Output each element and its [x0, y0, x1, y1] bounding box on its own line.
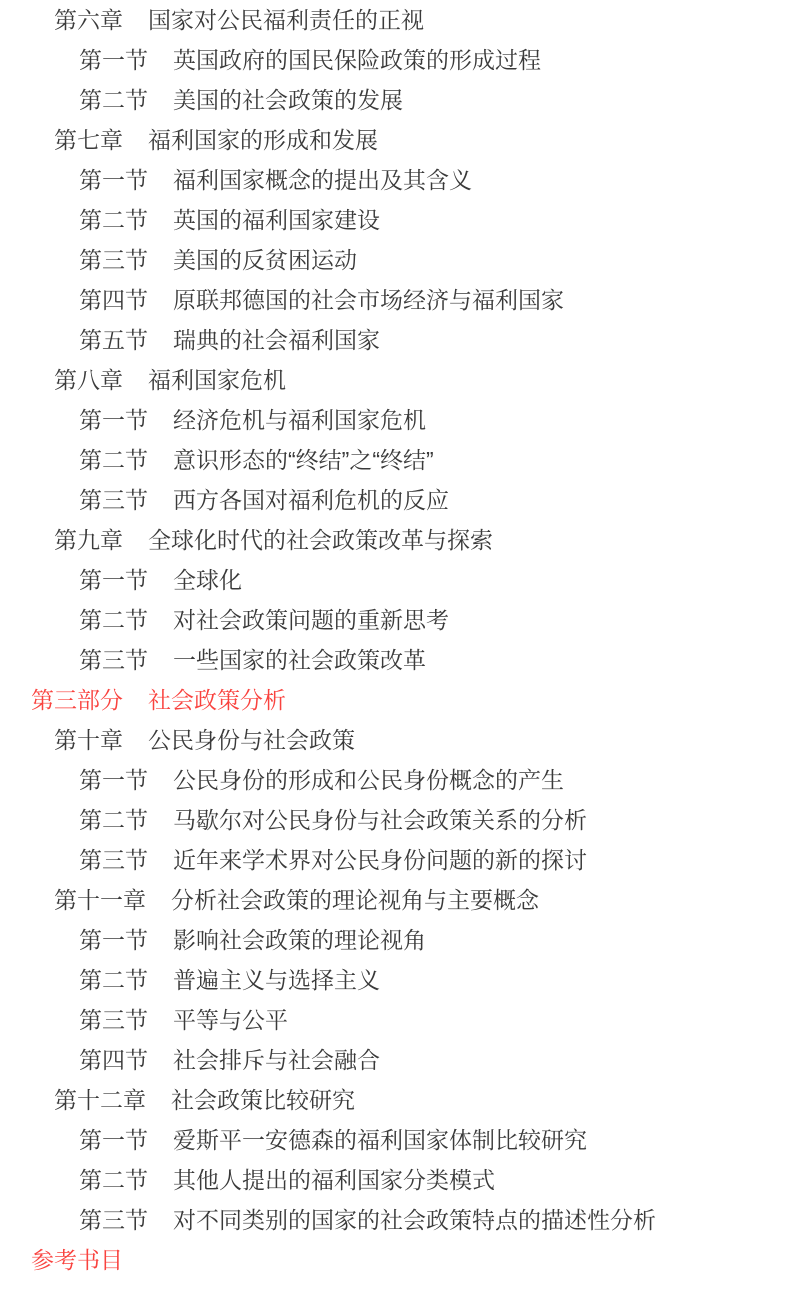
toc-entry-label: 第二节: [79, 200, 148, 240]
toc-entry-label: 第二节: [79, 1160, 148, 1200]
toc-entry: 第九章 全球化时代的社会政策改革与探索: [0, 520, 790, 560]
toc-entry-label: 第一节: [79, 1120, 148, 1160]
toc-entry-label: 第三节: [79, 1000, 148, 1040]
toc-entry: 第四节 原联邦德国的社会市场经济与福利国家: [0, 280, 790, 320]
toc-entry-title: 平等与公平: [173, 1000, 288, 1040]
toc-entry-title: 影响社会政策的理论视角: [173, 920, 426, 960]
toc-entry-title: 福利国家的形成和发展: [148, 120, 378, 160]
toc-entry: 第八章 福利国家危机: [0, 360, 790, 400]
toc-entry-label: 第十二章: [54, 1080, 146, 1120]
toc-entry-label: 第二节: [79, 960, 148, 1000]
toc-entry-title: 福利国家概念的提出及其含义: [173, 160, 472, 200]
toc-entry-title: 原联邦德国的社会市场经济与福利国家: [173, 280, 564, 320]
toc-entry-title: 普遍主义与选择主义: [173, 960, 380, 1000]
toc-entry: 第一节 全球化: [0, 560, 790, 600]
toc-entry-title: 社会政策比较研究: [171, 1080, 355, 1120]
toc-entry-label: 第一节: [79, 760, 148, 800]
toc-entry-title: 全球化: [173, 560, 242, 600]
toc-entry-title: 福利国家危机: [148, 360, 286, 400]
toc-entry-title: 社会排斥与社会融合: [173, 1040, 380, 1080]
toc-entry-title: 意识形态的“终结”之“终结”: [173, 440, 434, 480]
toc-entry: 第十章 公民身份与社会政策: [0, 720, 790, 760]
toc-entry-title: 公民身份的形成和公民身份概念的产生: [173, 760, 564, 800]
toc-entry: 第五节 瑞典的社会福利国家: [0, 320, 790, 360]
toc-entry: 第四节 社会排斥与社会融合: [0, 1040, 790, 1080]
toc-entry: 第三节 西方各国对福利危机的反应: [0, 480, 790, 520]
toc-entry-label: 第一节: [79, 560, 148, 600]
toc-entry-label: 第三部分: [31, 680, 123, 720]
toc-entry: 第七章 福利国家的形成和发展: [0, 120, 790, 160]
toc-entry: 第一节 公民身份的形成和公民身份概念的产生: [0, 760, 790, 800]
toc-entry-title: 对不同类别的国家的社会政策特点的描述性分析: [173, 1200, 656, 1240]
toc-entry-title: 瑞典的社会福利国家: [173, 320, 380, 360]
toc-entry-label: 第三节: [79, 480, 148, 520]
toc-entry-title: 国家对公民福利责任的正视: [148, 0, 424, 40]
toc-entry: 第一节 经济危机与福利国家危机: [0, 400, 790, 440]
toc-entry-label: 第二节: [79, 80, 148, 120]
toc-entry-title: 美国的社会政策的发展: [173, 80, 403, 120]
toc-entry-label: 第一节: [79, 920, 148, 960]
toc-entry-title: 公民身份与社会政策: [148, 720, 355, 760]
toc-entry: 第二节 普遍主义与选择主义: [0, 960, 790, 1000]
toc-entry-label: 第十一章: [54, 880, 146, 920]
toc-entry-label: 第九章: [54, 520, 123, 560]
toc-entry-label: 第六章: [54, 0, 123, 40]
toc-entry: 第二节 其他人提出的福利国家分类模式: [0, 1160, 790, 1200]
toc-entry: 第十二章 社会政策比较研究: [0, 1080, 790, 1120]
toc-entry-label: 第五节: [79, 320, 148, 360]
toc-entry-title: 爱斯平一安德森的福利国家体制比较研究: [173, 1120, 587, 1160]
toc-entry-label: 第三节: [79, 640, 148, 680]
toc-entry-label: 第二节: [79, 440, 148, 480]
toc-entry-title: 分析社会政策的理论视角与主要概念: [171, 880, 539, 920]
toc-entry: 第六章 国家对公民福利责任的正视: [0, 0, 790, 40]
toc-entry: 第二节 马歇尔对公民身份与社会政策关系的分析: [0, 800, 790, 840]
toc-entry: 第一节 福利国家概念的提出及其含义: [0, 160, 790, 200]
toc-entry-label: 第四节: [79, 280, 148, 320]
toc-entry-title: 西方各国对福利危机的反应: [173, 480, 449, 520]
toc-entry-title: 英国的福利国家建设: [173, 200, 380, 240]
toc-entry-label: 第三节: [79, 240, 148, 280]
toc-entry-label: 第二节: [79, 800, 148, 840]
toc-part-heading: 参考书目: [0, 1240, 790, 1280]
toc-entry-title: 美国的反贫困运动: [173, 240, 357, 280]
toc-entry-label: 第三节: [79, 840, 148, 880]
toc-entry: 第一节 影响社会政策的理论视角: [0, 920, 790, 960]
toc-entry: 第一节 英国政府的国民保险政策的形成过程: [0, 40, 790, 80]
toc-entry: 第二节 意识形态的“终结”之“终结”: [0, 440, 790, 480]
toc-entry-title: 经济危机与福利国家危机: [173, 400, 426, 440]
toc-entry: 第三节 对不同类别的国家的社会政策特点的描述性分析: [0, 1200, 790, 1240]
toc-entry: 第三节 美国的反贫困运动: [0, 240, 790, 280]
toc-entry-label: 第一节: [79, 160, 148, 200]
toc-entry: 第二节 美国的社会政策的发展: [0, 80, 790, 120]
toc-entry: 第三节 近年来学术界对公民身份问题的新的探讨: [0, 840, 790, 880]
toc-entry: 第三节 平等与公平: [0, 1000, 790, 1040]
toc-entry-title: 英国政府的国民保险政策的形成过程: [173, 40, 541, 80]
toc-entry-label: 第三节: [79, 1200, 148, 1240]
toc-entry: 第三节 一些国家的社会政策改革: [0, 640, 790, 680]
toc-entry-title: 对社会政策问题的重新思考: [173, 600, 449, 640]
toc-entry: 第二节 对社会政策问题的重新思考: [0, 600, 790, 640]
toc-entry: 第十一章 分析社会政策的理论视角与主要概念: [0, 880, 790, 920]
toc-entry-title: 近年来学术界对公民身份问题的新的探讨: [173, 840, 587, 880]
toc-entry-label: 第十章: [54, 720, 123, 760]
toc-entry-label: 第二节: [79, 600, 148, 640]
toc-entry-title: 全球化时代的社会政策改革与探索: [148, 520, 493, 560]
table-of-contents: 第六章 国家对公民福利责任的正视 第一节 英国政府的国民保险政策的形成过程 第二…: [0, 0, 790, 1280]
toc-entry: 第二节 英国的福利国家建设: [0, 200, 790, 240]
toc-entry-title: 其他人提出的福利国家分类模式: [173, 1160, 495, 1200]
toc-entry-title: 社会政策分析: [148, 680, 286, 720]
toc-entry-label: 第四节: [79, 1040, 148, 1080]
toc-entry-label: 第一节: [79, 40, 148, 80]
toc-entry-title: 一些国家的社会政策改革: [173, 640, 426, 680]
toc-part-heading: 第三部分 社会政策分析: [0, 680, 790, 720]
toc-entry-label: 参考书目: [31, 1240, 123, 1280]
toc-entry-label: 第七章: [54, 120, 123, 160]
toc-entry-label: 第一节: [79, 400, 148, 440]
toc-entry: 第一节 爱斯平一安德森的福利国家体制比较研究: [0, 1120, 790, 1160]
toc-entry-label: 第八章: [54, 360, 123, 400]
toc-entry-title: 马歇尔对公民身份与社会政策关系的分析: [173, 800, 587, 840]
